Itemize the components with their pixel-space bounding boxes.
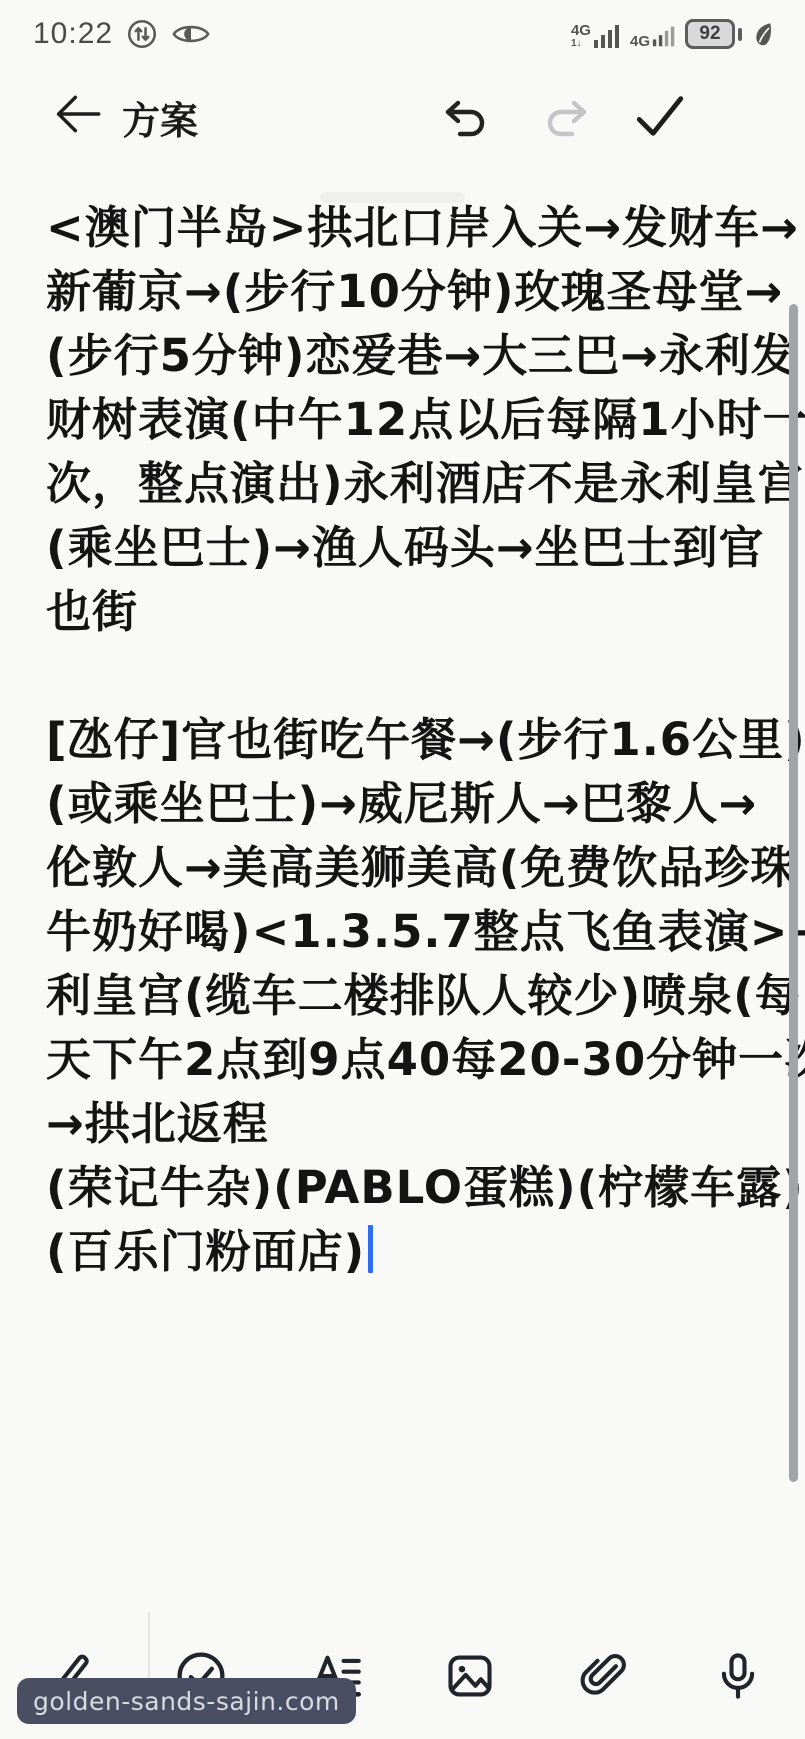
watermark-badge: golden-sands-sajin.com xyxy=(17,1678,356,1724)
note-line: (步行5分钟)恋爱巷→大三巴→永利发 xyxy=(46,324,765,388)
eye-protection-icon xyxy=(171,17,211,51)
note-line: 次，整点演出)永利酒店不是永利皇宫 xyxy=(46,452,765,516)
note-line: →拱北返程 xyxy=(46,1092,765,1156)
signal-bars-icon xyxy=(652,23,676,49)
note-line: 新葡京→(步行10分钟)玫瑰圣母堂→ xyxy=(46,260,765,324)
note-line: [氹仔]官也街吃午餐→(步行1.6公里) xyxy=(46,708,765,772)
note-line: (或乘坐巴士)→威尼斯人→巴黎人→ xyxy=(46,772,765,836)
attachment-button[interactable] xyxy=(537,1631,671,1721)
note-line: 财树表演(中午12点以后每隔1小时一 xyxy=(46,388,765,452)
status-time: 10:22 xyxy=(33,17,113,51)
note-line-with-caret: (百乐门粉面店) xyxy=(46,1220,765,1284)
note-line: (乘坐巴士)→渔人码头→坐巴士到官 xyxy=(46,516,765,580)
note-text-area[interactable]: <澳门半岛>拱北口岸入关→发财车→ 新葡京→(步行10分钟)玫瑰圣母堂→ (步行… xyxy=(46,196,765,1284)
note-line: 牛奶好喝)<1.3.5.7整点飞鱼表演>→永 xyxy=(46,900,765,964)
image-icon xyxy=(444,1650,496,1702)
undo-button[interactable] xyxy=(438,94,492,142)
note-line: 伦敦人→美高美狮美高(免费饮品珍珠 xyxy=(46,836,765,900)
insert-image-button[interactable] xyxy=(403,1631,537,1721)
data-usage-icon xyxy=(125,17,159,51)
note-line: 利皇宫(缆车二楼排队人较少)喷泉(每 xyxy=(46,964,765,1028)
confirm-check-button[interactable] xyxy=(630,88,690,144)
note-line: <澳门半岛>拱北口岸入关→发财车→ xyxy=(46,196,765,260)
signal-bars-icon xyxy=(593,23,621,49)
editor-header: 方案 xyxy=(0,84,805,156)
back-button[interactable] xyxy=(52,92,102,136)
power-save-leaf-icon xyxy=(751,19,775,49)
status-bar: 10:22 4G 1↓ xyxy=(0,0,805,60)
sim1-signal: 4G 1↓ xyxy=(571,23,621,49)
microphone-icon xyxy=(712,1650,764,1702)
attachment-icon xyxy=(578,1650,630,1702)
watermark-text: golden-sands-sajin.com xyxy=(33,1687,340,1716)
text-caret xyxy=(368,1225,373,1273)
redo-button[interactable] xyxy=(540,94,594,142)
battery-indicator: 92 xyxy=(685,19,742,49)
note-line: (荣记牛杂)(PABLO蛋糕)(柠檬车露) xyxy=(46,1156,765,1220)
sim2-signal: 4G xyxy=(630,23,676,49)
note-title: 方案 xyxy=(122,90,198,145)
notes-app-screen: 10:22 4G 1↓ xyxy=(0,0,805,1739)
note-line: 天下午2点到9点40每20-30分钟一次) xyxy=(46,1028,765,1092)
note-line: 也街 xyxy=(46,580,765,644)
vertical-scrollbar[interactable] xyxy=(789,304,798,1482)
voice-input-button[interactable] xyxy=(671,1631,805,1721)
note-blank-line xyxy=(46,644,765,708)
